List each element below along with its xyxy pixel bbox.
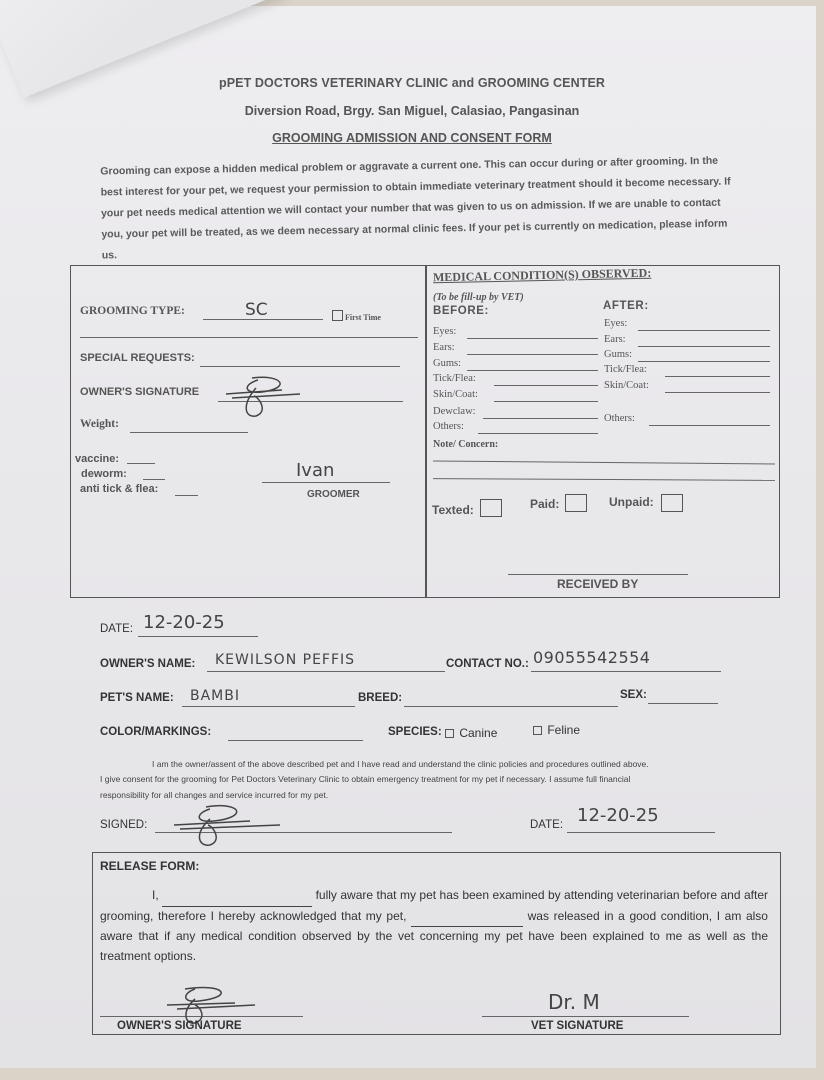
grooming-type-label: GROOMING TYPE: [80, 305, 185, 317]
paid-label: Paid: [530, 497, 559, 511]
contact-label: CONTACT NO.: [446, 658, 529, 670]
contact-line [531, 671, 721, 672]
consent-date-label: DATE: [530, 819, 563, 831]
grooming-type-field[interactable]: SC [245, 300, 268, 320]
owner-signature-scribble [222, 376, 302, 421]
checkbox-icon [332, 310, 343, 321]
release-text-1: I, [100, 888, 159, 902]
before-others-field[interactable] [478, 433, 599, 434]
groomer-label: GROOMER [307, 489, 360, 500]
after-gums-field[interactable] [638, 361, 771, 362]
before-skincoat-label: Skin/Coat: [433, 389, 478, 400]
vaccine-field[interactable] [127, 463, 155, 464]
after-eyes-field[interactable] [638, 330, 771, 331]
before-tickflea-label: Tick/Flea: [433, 373, 476, 384]
special-requests-field[interactable] [200, 366, 400, 367]
after-gums-label: Gums: [604, 349, 632, 360]
release-owner-name-field[interactable] [162, 886, 312, 907]
after-skincoat-label: Skin/Coat: [604, 380, 649, 391]
date-field[interactable]: 12-20-25 [143, 612, 225, 633]
box-divider [425, 265, 427, 598]
special-requests-label: SPECIAL REQUESTS: [80, 352, 195, 364]
before-tickflea-field[interactable] [494, 385, 598, 386]
after-others-field[interactable] [649, 425, 771, 426]
pet-name-field[interactable]: BAMBI [190, 688, 240, 704]
after-eyes-label: Eyes: [604, 318, 627, 329]
received-by-label: RECEIVED BY [557, 577, 638, 591]
intro-paragraph: Grooming can expose a hidden medical pro… [100, 151, 732, 267]
release-owner-signature-label: OWNER'S SIGNATURE [117, 1020, 242, 1032]
before-label: BEFORE: [433, 305, 489, 317]
signed-label: SIGNED: [100, 819, 147, 831]
contact-field[interactable]: 09055542554 [533, 648, 650, 667]
breed-field[interactable] [404, 706, 618, 707]
deworm-field[interactable] [143, 479, 165, 480]
weight-field[interactable] [130, 432, 248, 433]
unpaid-checkbox[interactable] [661, 494, 683, 512]
sex-label: SEX: [620, 689, 647, 701]
checkbox-icon [533, 726, 542, 735]
owner-name-field[interactable]: KEWILSON PEFFIS [215, 652, 355, 668]
first-time-label: First Time [345, 313, 381, 322]
after-tickflea-field[interactable] [665, 376, 770, 377]
consent-line-3: responsibility for all changes and servi… [100, 786, 740, 804]
clinic-name: pPET DOCTORS VETERINARY CLINIC and GROOM… [0, 76, 824, 90]
vet-signature: Dr. M [548, 990, 600, 1014]
before-skincoat-field[interactable] [494, 401, 598, 402]
first-time-checkbox[interactable]: First Time [332, 310, 381, 322]
before-others-label: Others: [433, 421, 464, 432]
groomer-field[interactable] [262, 482, 390, 483]
received-by-field[interactable] [508, 574, 688, 575]
release-pet-name-field[interactable] [411, 907, 523, 928]
vet-signature-label: VET SIGNATURE [531, 1020, 623, 1032]
owner-name-line [207, 671, 445, 672]
sex-field[interactable] [648, 703, 718, 704]
before-eyes-label: Eyes: [433, 326, 456, 337]
clinic-address: Diversion Road, Brgy. San Miguel, Calasi… [0, 104, 824, 118]
vaccine-label: vaccine: [75, 453, 119, 465]
after-skincoat-field[interactable] [665, 392, 770, 393]
species-label: SPECIES: [388, 726, 442, 738]
before-ears-label: Ears: [433, 342, 455, 353]
release-title: RELEASE FORM: [100, 859, 199, 873]
canine-label: Canine [459, 726, 497, 740]
pet-name-label: PET'S NAME: [100, 692, 174, 704]
color-field[interactable] [228, 740, 363, 741]
date-label: DATE: [100, 623, 133, 635]
before-dewclaw-label: Dewclaw: [433, 406, 476, 417]
deworm-label: deworm: [81, 468, 127, 480]
after-others-label: Others: [604, 413, 635, 424]
species-feline-option[interactable]: Feline [533, 723, 580, 737]
vet-signature-field[interactable] [482, 1016, 689, 1017]
texted-checkbox[interactable] [480, 499, 502, 517]
owner-name-label: OWNER'S NAME: [100, 658, 195, 670]
after-ears-field[interactable] [638, 346, 771, 347]
release-paragraph: I, fully aware that my pet has been exam… [100, 886, 768, 966]
paid-checkbox[interactable] [565, 494, 587, 512]
consent-signature-scribble [170, 803, 280, 848]
feline-label: Feline [547, 723, 580, 737]
after-label: AFTER: [603, 300, 649, 312]
before-eyes-field[interactable] [467, 338, 599, 339]
color-label: COLOR/MARKINGS: [100, 726, 211, 738]
unpaid-label: Unpaid: [609, 495, 654, 509]
owner-signature-label: OWNER'S SIGNATURE [80, 386, 199, 398]
checkbox-icon [445, 729, 454, 738]
date-line [138, 636, 258, 637]
consent-date-field[interactable]: 12-20-25 [577, 805, 659, 826]
before-ears-field[interactable] [467, 354, 599, 355]
before-dewclaw-field[interactable] [483, 418, 598, 419]
consent-date-line [567, 832, 715, 833]
breed-label: BREED: [358, 692, 402, 704]
before-gums-field[interactable] [467, 370, 599, 371]
anti-tick-label: anti tick & flea: [80, 483, 158, 495]
note-label: Note/ Concern: [433, 439, 498, 450]
weight-label: Weight: [80, 418, 119, 430]
groomer-signature: Ivan [296, 460, 334, 481]
medical-subtitle: (To be fill-up by VET) [433, 292, 524, 303]
after-tickflea-label: Tick/Flea: [604, 364, 647, 375]
anti-tick-field[interactable] [175, 495, 198, 496]
species-canine-option[interactable]: Canine [445, 726, 497, 740]
pet-name-line [182, 706, 355, 707]
form-title: GROOMING ADMISSION AND CONSENT FORM [0, 131, 824, 145]
grooming-extra-line [80, 337, 418, 338]
texted-label: Texted: [432, 503, 474, 517]
before-gums-label: Gums: [433, 358, 461, 369]
after-ears-label: Ears: [604, 334, 626, 345]
